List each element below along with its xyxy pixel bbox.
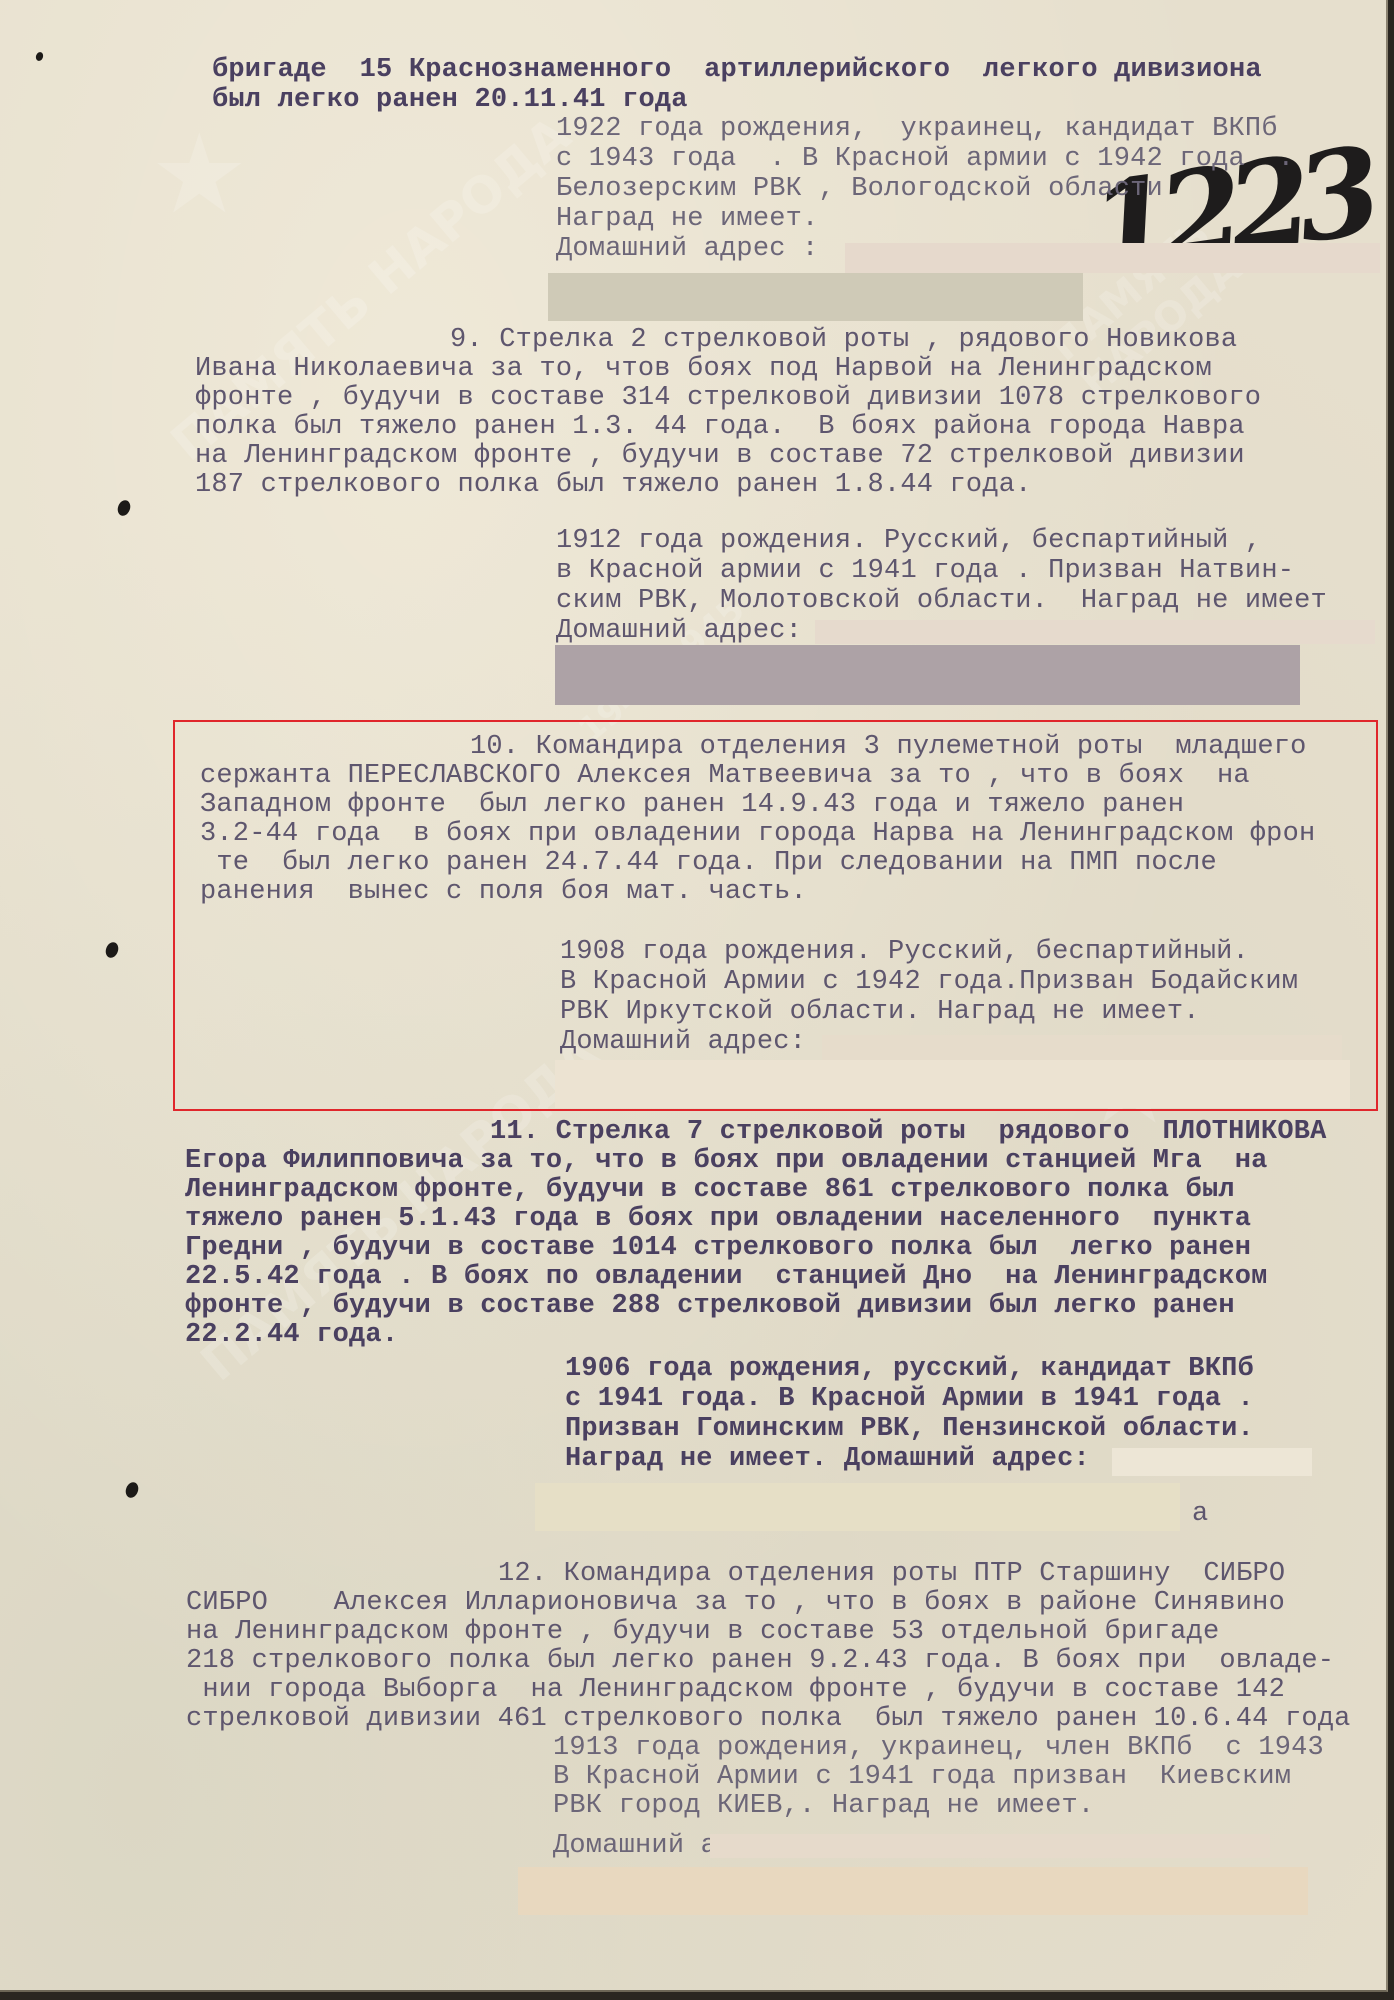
- text-line: сержанта ПЕРЕСЛАВСКОГО Алексея Матвеевич…: [200, 762, 1250, 790]
- text-line: Западном фронте был легко ранен 14.9.43 …: [200, 791, 1184, 819]
- bio-line: 1908 года рождения. Русский, беспартийны…: [560, 938, 1249, 966]
- redacted-address: [555, 645, 1300, 705]
- punch-hole: [116, 498, 133, 517]
- bio-line: В Красной Армии с 1942 года.Призван Бода…: [560, 968, 1298, 996]
- punch-hole: [35, 51, 45, 62]
- text-line: Ленинградском фронте, будучи в составе 8…: [185, 1176, 1235, 1204]
- redacted-address: [710, 1834, 1270, 1858]
- text-line: 9. Стрелка 2 стрелковой роты , рядового …: [450, 326, 1237, 354]
- text-line: фронте , будучи в составе 288 стрелковой…: [185, 1292, 1235, 1320]
- text-line: стрелковой дивизии 461 стрелкового полка…: [186, 1705, 1351, 1733]
- watermark-star-icon: ★: [150, 110, 249, 238]
- bio-line: Призван Гоминским РВК, Пензинской област…: [565, 1415, 1254, 1443]
- text-line: Гредни , будучи в составе 1014 стрелково…: [185, 1234, 1251, 1262]
- text-line: Ивана Николаевича за то, чтов боях под Н…: [195, 355, 1212, 383]
- bio-line: 1906 года рождения, русский, кандидат ВК…: [565, 1355, 1254, 1383]
- document-page: ★ ПАМЯТЬ НАРОДА 1941-1945 ПАМЯТЬ НАРОДА …: [0, 0, 1388, 1992]
- bio-line: а: [1192, 1500, 1208, 1528]
- redacted-address: [845, 243, 1380, 273]
- text-line: 22.2.44 года.: [185, 1321, 398, 1349]
- redacted-address: [535, 1483, 1180, 1531]
- text-line: ранения вынес с поля боя мат. часть.: [200, 878, 807, 906]
- text-line: фронте , будучи в составе 314 стрелковой…: [195, 384, 1261, 412]
- bio-line: 1912 года рождения. Русский, беспартийны…: [556, 527, 1261, 555]
- bio-line: 1913 года рождения, украинец, член ВКПб …: [553, 1734, 1324, 1762]
- bio-line: Наград не имеет. Домашний адрес:: [565, 1445, 1090, 1473]
- text-line: 11. Стрелка 7 стрелковой роты рядового П…: [490, 1118, 1327, 1146]
- text-line: на Ленинградском фронте , будучи в соста…: [186, 1618, 1219, 1646]
- redacted-address: [815, 620, 1375, 644]
- text-line: был легко ранен 20.11.41 года: [212, 86, 688, 114]
- redacted-address: [1112, 1448, 1312, 1476]
- redacted-address: [822, 1035, 1342, 1060]
- redacted-address: [518, 1867, 1308, 1915]
- text-line: СИБРО Алексея Илларионовича за то , что …: [186, 1589, 1285, 1617]
- punch-hole: [104, 940, 121, 959]
- redacted-address: [555, 1060, 1350, 1108]
- text-line: 187 стрелкового полка был тяжело ранен 1…: [195, 471, 1032, 499]
- text-line: тяжело ранен 5.1.43 года в боях при овла…: [185, 1205, 1251, 1233]
- bio-line: Белозерским РВК , Вологодской области: [556, 175, 1163, 203]
- bio-line: в Красной армии с 1941 года . Призван На…: [556, 557, 1294, 585]
- bio-line: РВК город КИЕВ,. Наград не имеет.: [553, 1792, 1094, 1820]
- text-line: нии города Выборга на Ленинградском фрон…: [186, 1676, 1285, 1704]
- bio-line: с 1941 года. В Красной Армии в 1941 года…: [565, 1385, 1254, 1413]
- text-line: 218 стрелкового полка был легко ранен 9.…: [186, 1647, 1334, 1675]
- bio-line: В Красной Армии с 1941 года призван Киев…: [553, 1763, 1291, 1791]
- bio-line: Домашний адрес:: [556, 617, 802, 645]
- text-line: полка был тяжело ранен 1.3. 44 года. В б…: [195, 413, 1245, 441]
- text-line: бригаде 15 Краснознаменного артиллерийск…: [212, 56, 1262, 84]
- text-line: 22.5.42 года . В боях по овладении станц…: [185, 1263, 1268, 1291]
- redacted-address: [548, 273, 1083, 321]
- text-line: те был легко ранен 24.7.44 года. При сле…: [200, 849, 1217, 877]
- bio-line: ским РВК, Молотовской области. Наград не…: [556, 587, 1327, 615]
- bio-line: 1922 года рождения, украинец, кандидат В…: [556, 115, 1278, 143]
- bio-line: Домашний адрес:: [560, 1028, 806, 1056]
- text-line: 10. Командира отделения 3 пулеметной рот…: [470, 733, 1307, 761]
- text-line: на Ленинградском фронте , будучи в соста…: [195, 442, 1245, 470]
- text-line: 3.2-44 года в боях при овладении города …: [200, 820, 1315, 848]
- bio-line: РВК Иркутской области. Наград не имеет.: [560, 998, 1200, 1026]
- bio-line: Наград не имеет.: [556, 205, 818, 233]
- text-line: 12. Командира отделения роты ПТР Старшин…: [498, 1560, 1285, 1588]
- bio-line: Домашний адрес :: [556, 235, 818, 263]
- punch-hole: [124, 1480, 141, 1499]
- bio-line: с 1943 года . В Красной армии с 1942 год…: [556, 145, 1294, 173]
- text-line: Егора Филипповича за то, что в боях при …: [185, 1147, 1268, 1175]
